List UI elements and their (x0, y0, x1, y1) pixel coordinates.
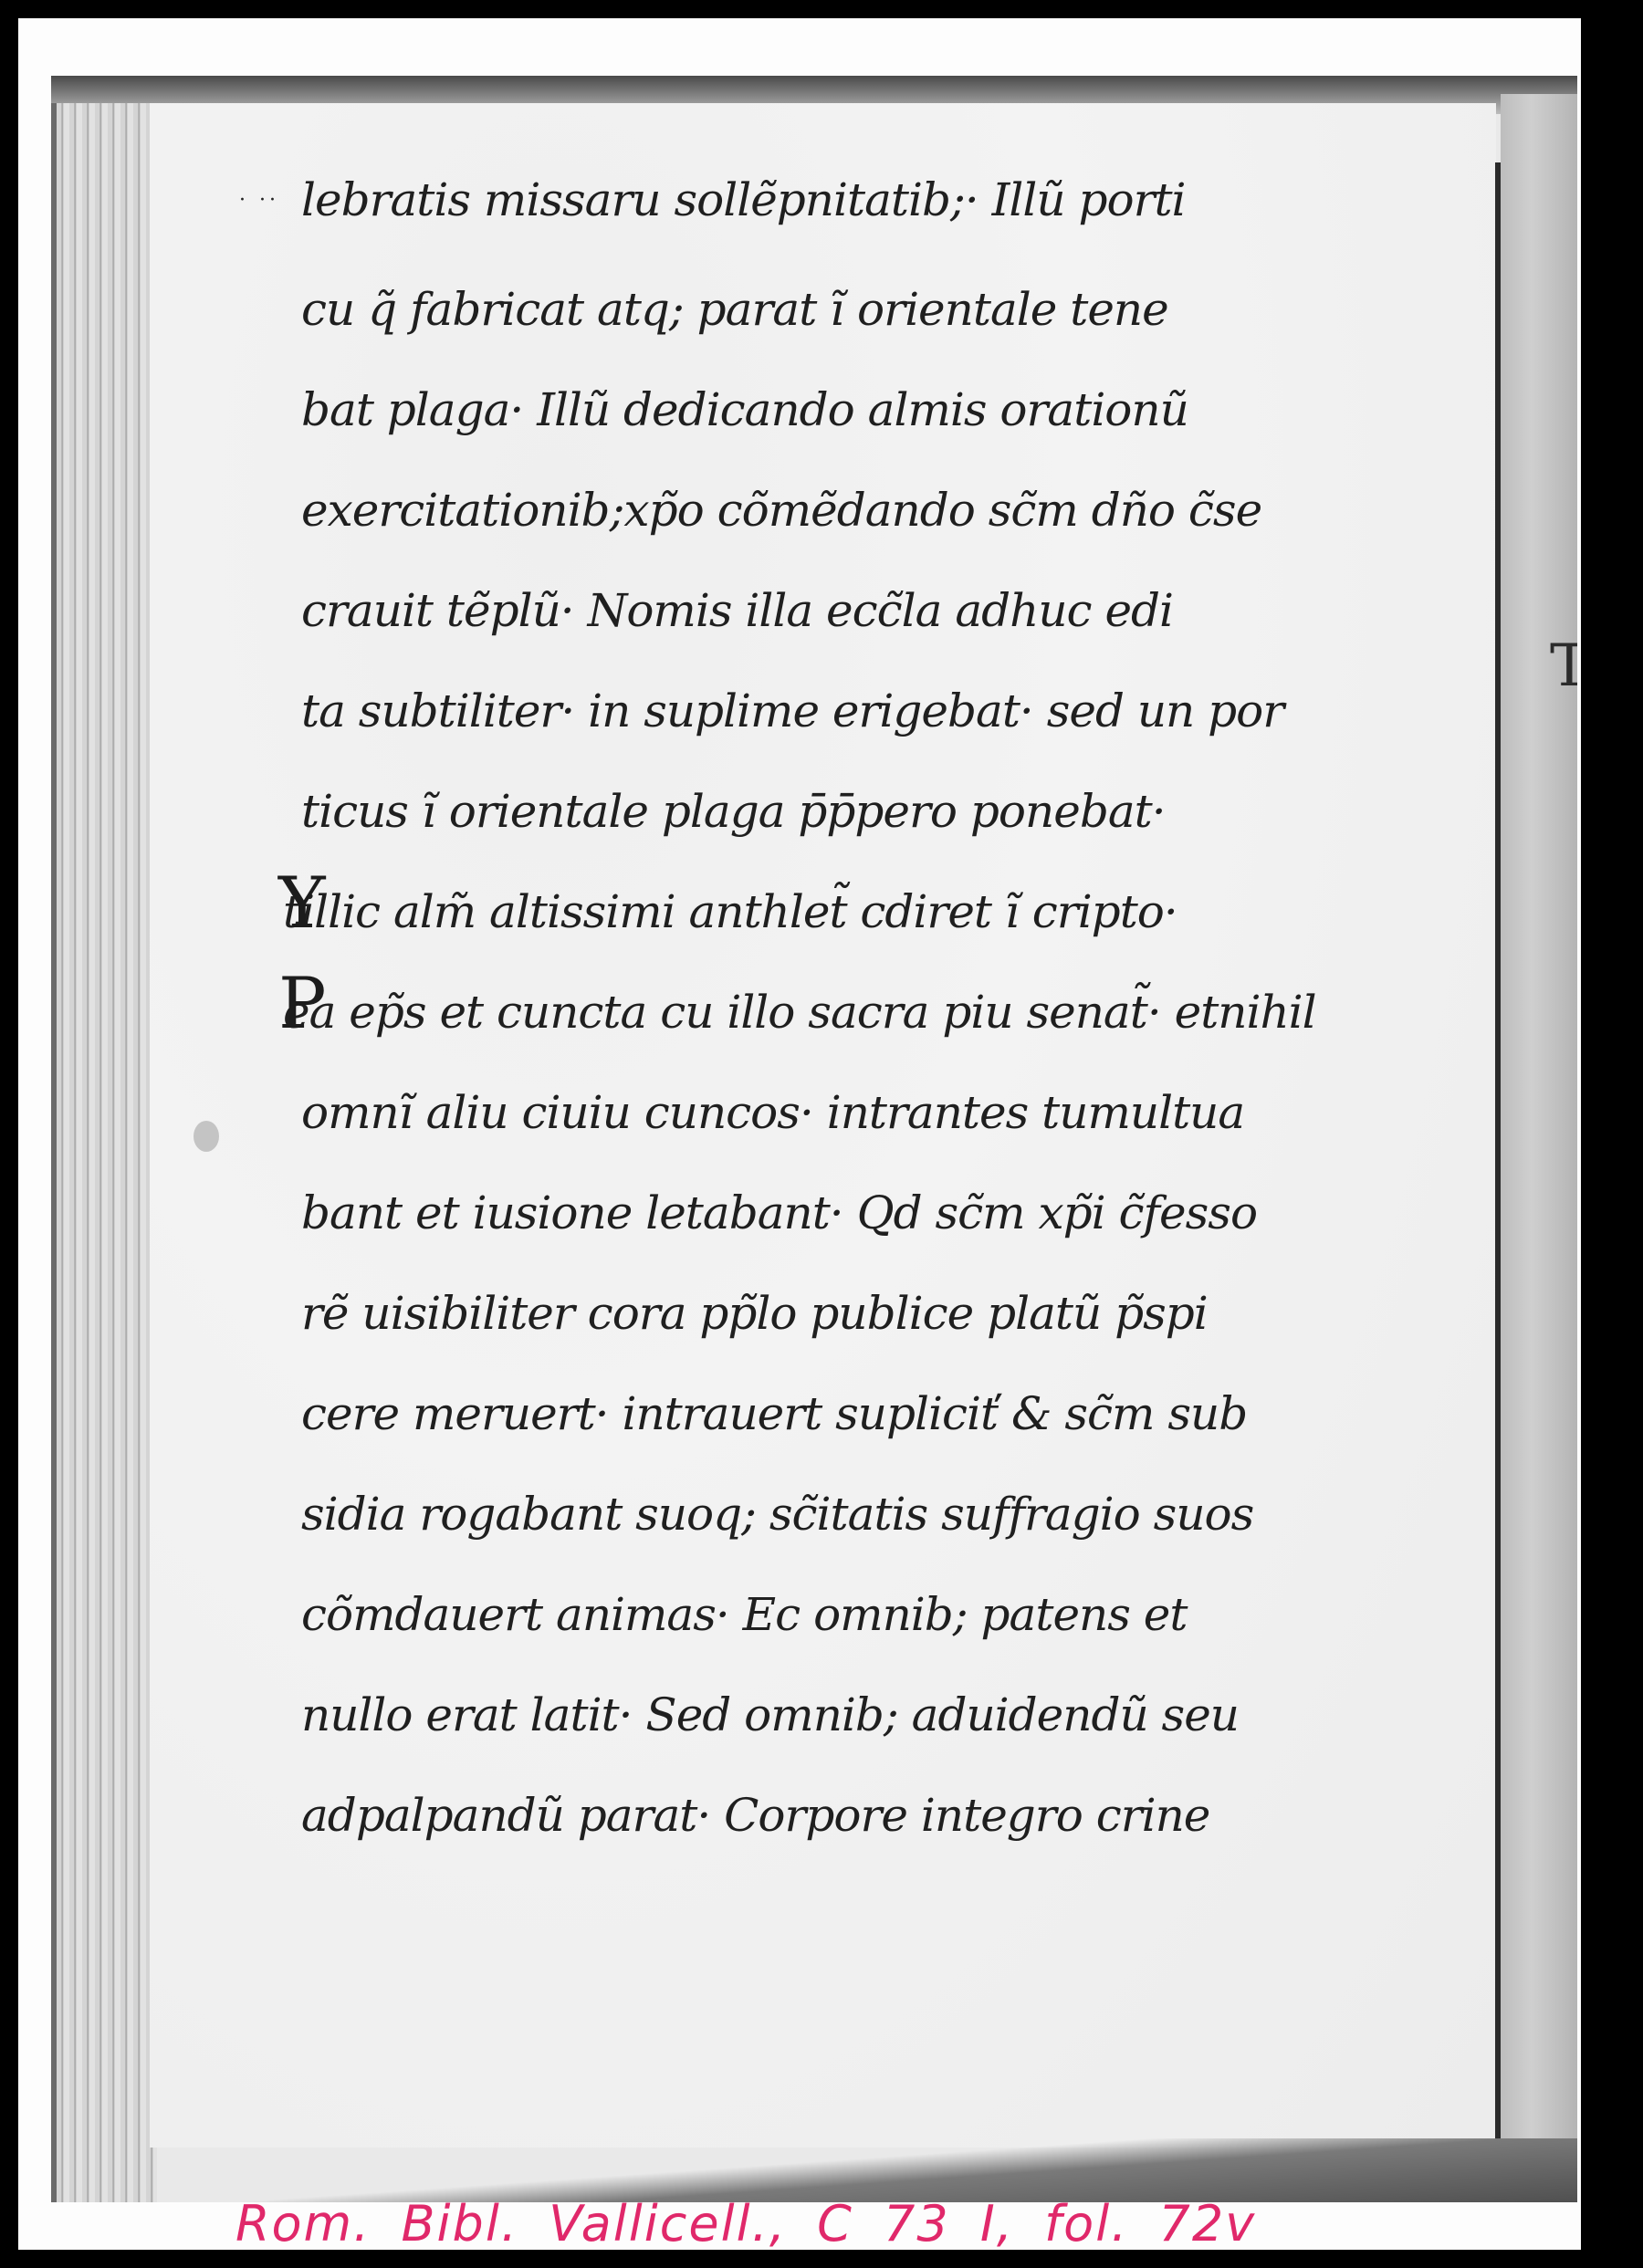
initial-letter-p: P (278, 963, 326, 1045)
text-line: adpalpandũ parat· Corpore integro crine (301, 1789, 1209, 1842)
shelfmark-caption: Rom. Bibl. Vallicell., C 73 I, fol. 72v (235, 2195, 1256, 2252)
text-line: nullo erat latit· Sed omnib; aduidendũ s… (301, 1688, 1239, 1741)
facing-page-strip (1501, 94, 1577, 2193)
text-line: exercitationib;xp̃o cõmẽdando sc̃m dño c… (301, 484, 1261, 537)
text-line: omnĩ aliu ciuiu cuncos· intrantes tumult… (301, 1086, 1244, 1139)
text-line: ticus ĩ orientale plaga p̄p̄pero ponebat… (301, 785, 1166, 838)
text-line: tillic alm̃ altissimi anthlet̃ cdiret ĩ … (283, 885, 1177, 938)
facing-page-letter: T (1550, 632, 1577, 700)
text-line: ea ep̃s et cuncta cu illo sacra piu sena… (283, 986, 1316, 1039)
text-line: bant et iusione letabant· Qd sc̃m xp̃i c… (301, 1186, 1257, 1239)
text-line: rẽ uisibiliter cora pp̃lo publice platũ … (301, 1287, 1208, 1340)
text-line: crauit tẽplũ· Nomis illa ecc̃la adhuc ed… (301, 584, 1173, 637)
text-line: lebratis missaru sollẽpnitatib;· Illũ po… (301, 173, 1186, 226)
text-line: bat plaga· Illũ dedicando almis orationũ (301, 383, 1188, 436)
margin-marks: · ·· (239, 189, 279, 212)
book-bottom-edge (51, 2138, 1577, 2202)
text-line: sidia rogabant suoq; sc̃itatis suffragio… (301, 1488, 1253, 1541)
text-line: cu q̃ fabricat atq; parat ĩ orientale te… (301, 283, 1168, 336)
margin-stain (194, 1121, 219, 1152)
stacked-page-edges (51, 103, 157, 2202)
text-line: cere meruert· intrauert supliciť & sc̃m … (301, 1387, 1247, 1440)
text-line: cõmdauert animas· Ec omnib; patens et (301, 1588, 1187, 1641)
initial-letter-y: Y (278, 862, 326, 945)
text-line: ta subtiliter· in suplime erigebat· sed … (301, 685, 1283, 737)
